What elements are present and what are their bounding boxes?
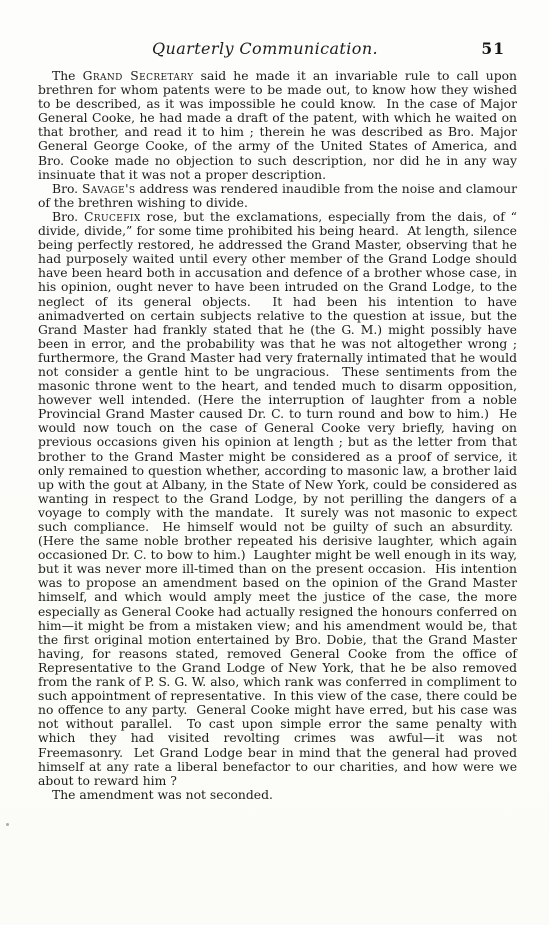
document-page: Quarterly Communication. 51 The Grand Se… [0, 0, 549, 925]
text-segment: Bro. [52, 182, 82, 196]
smallcaps-text-segment: Crucefix [84, 210, 141, 224]
smallcaps-text-segment: Grand Secretary [83, 69, 194, 83]
page-body: The Grand Secretary said he made it an i… [38, 69, 517, 802]
text-segment: Bro. [52, 210, 84, 224]
text-segment: The amendment was not seconded. [52, 788, 273, 802]
paragraph: Bro. Savage's address was rendered inaud… [38, 182, 517, 210]
page-header: Quarterly Communication. 51 [0, 39, 549, 61]
smallcaps-text-segment: Savage's [82, 182, 135, 196]
text-segment: said he made it an invariable rule to ca… [38, 69, 517, 182]
text-segment: rose, but the exclamations, especially f… [38, 210, 517, 788]
paragraph: The Grand Secretary said he made it an i… [38, 69, 517, 182]
paragraph: The amendment was not seconded. [38, 788, 517, 802]
scan-artifact-dot [6, 823, 9, 826]
text-segment: The [52, 69, 83, 83]
running-title: Quarterly Communication. [152, 39, 378, 58]
paragraph: Bro. Crucefix rose, but the exclamations… [38, 210, 517, 788]
page-number: 51 [481, 39, 505, 58]
